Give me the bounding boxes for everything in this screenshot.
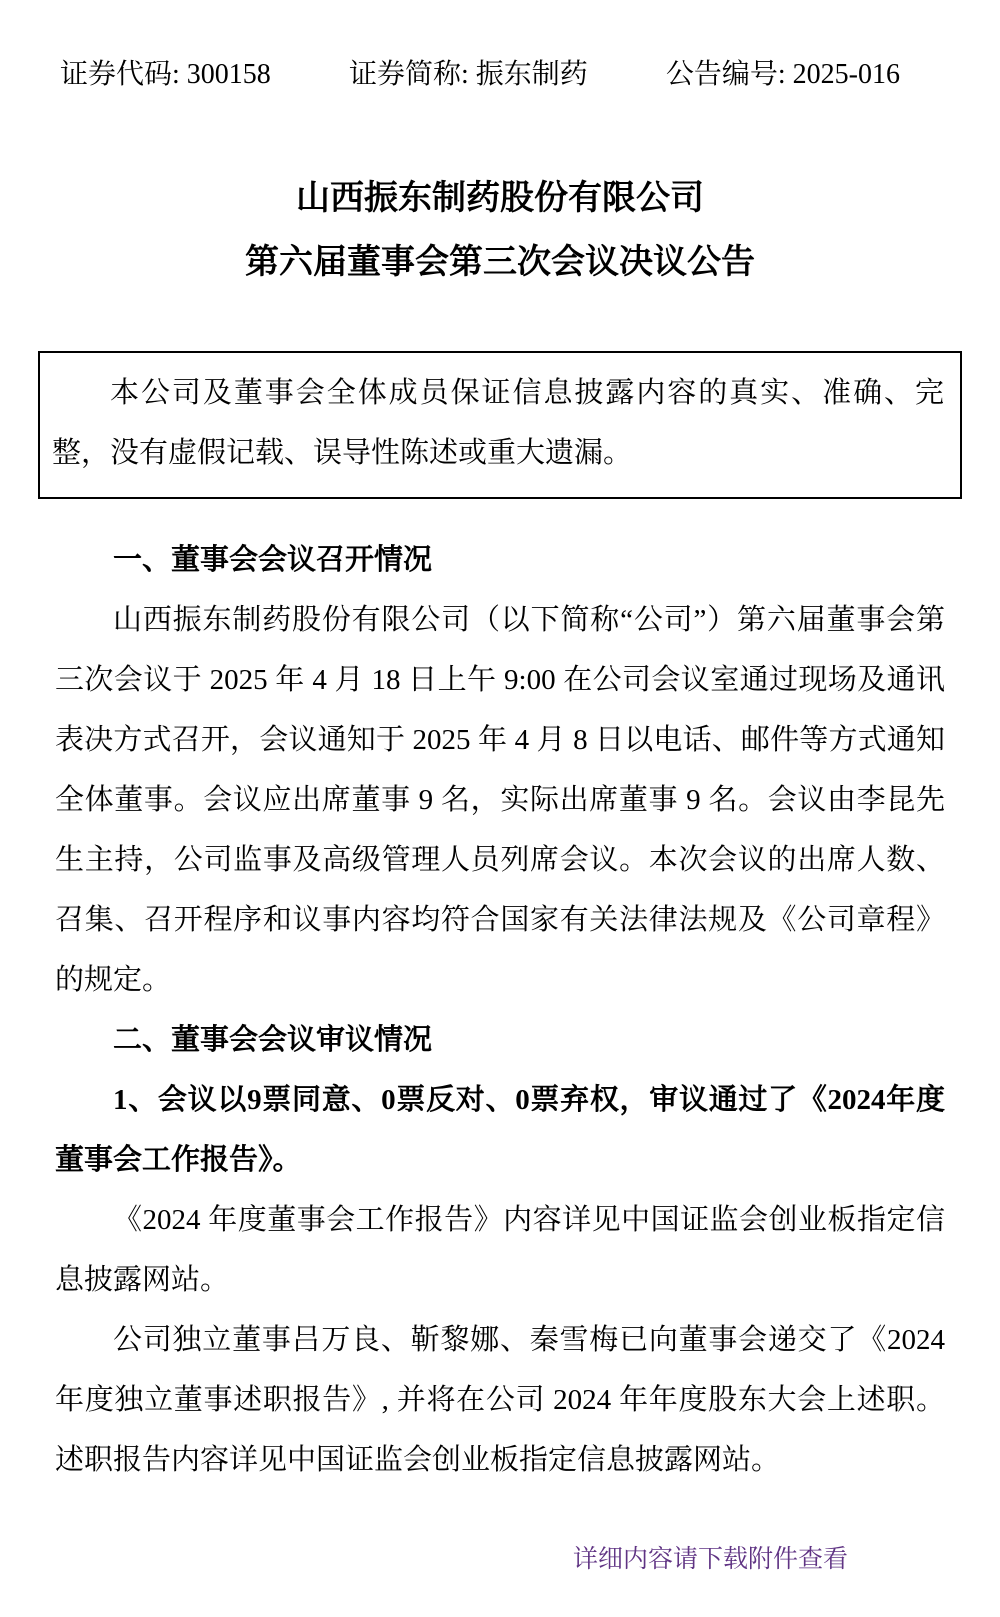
meeting-convening-paragraph: 山西振东制药股份有限公司（以下简称“公司”）第六届董事会第三次会议于 2025 … (55, 590, 945, 1010)
independent-directors-paragraph: 公司独立董事吕万良、靳黎娜、秦雪梅已向董事会递交了《2024年度独立董事述职报告… (55, 1310, 945, 1490)
document-body: 一、董事会会议召开情况 山西振东制药股份有限公司（以下简称“公司”）第六届董事会… (55, 530, 945, 1490)
stock-abbr: 证券简称: 振东制药 (349, 55, 588, 95)
doc-header: 证券代码: 300158 证券简称: 振东制药 公告编号: 2025-016 (0, 0, 1000, 95)
announcement-number: 公告编号: 2025-016 (666, 55, 900, 95)
stock-code: 证券代码: 300158 (60, 55, 271, 95)
section2-heading: 二、董事会会议审议情况 (55, 1010, 945, 1070)
disclaimer-text: 本公司及董事会全体成员保证信息披露内容的真实、准确、完整，没有虚假记载、误导性陈… (52, 363, 944, 483)
company-name-title: 山西振东制药股份有限公司 (0, 175, 1000, 223)
resolution-title: 第六届董事会第三次会议决议公告 (0, 239, 1000, 287)
attachment-download-note[interactable]: 详细内容请下载附件查看 (0, 1542, 848, 1576)
section1-heading: 一、董事会会议召开情况 (55, 530, 945, 590)
resolution-item-1: 1、会议以9票同意、0票反对、0票弃权，审议通过了《2024年度董事会工作报告》… (55, 1070, 945, 1190)
disclaimer-box: 本公司及董事会全体成员保证信息披露内容的真实、准确、完整，没有虚假记载、误导性陈… (38, 351, 962, 499)
report-disclosure-paragraph: 《2024 年度董事会工作报告》内容详见中国证监会创业板指定信息披露网站。 (55, 1190, 945, 1310)
